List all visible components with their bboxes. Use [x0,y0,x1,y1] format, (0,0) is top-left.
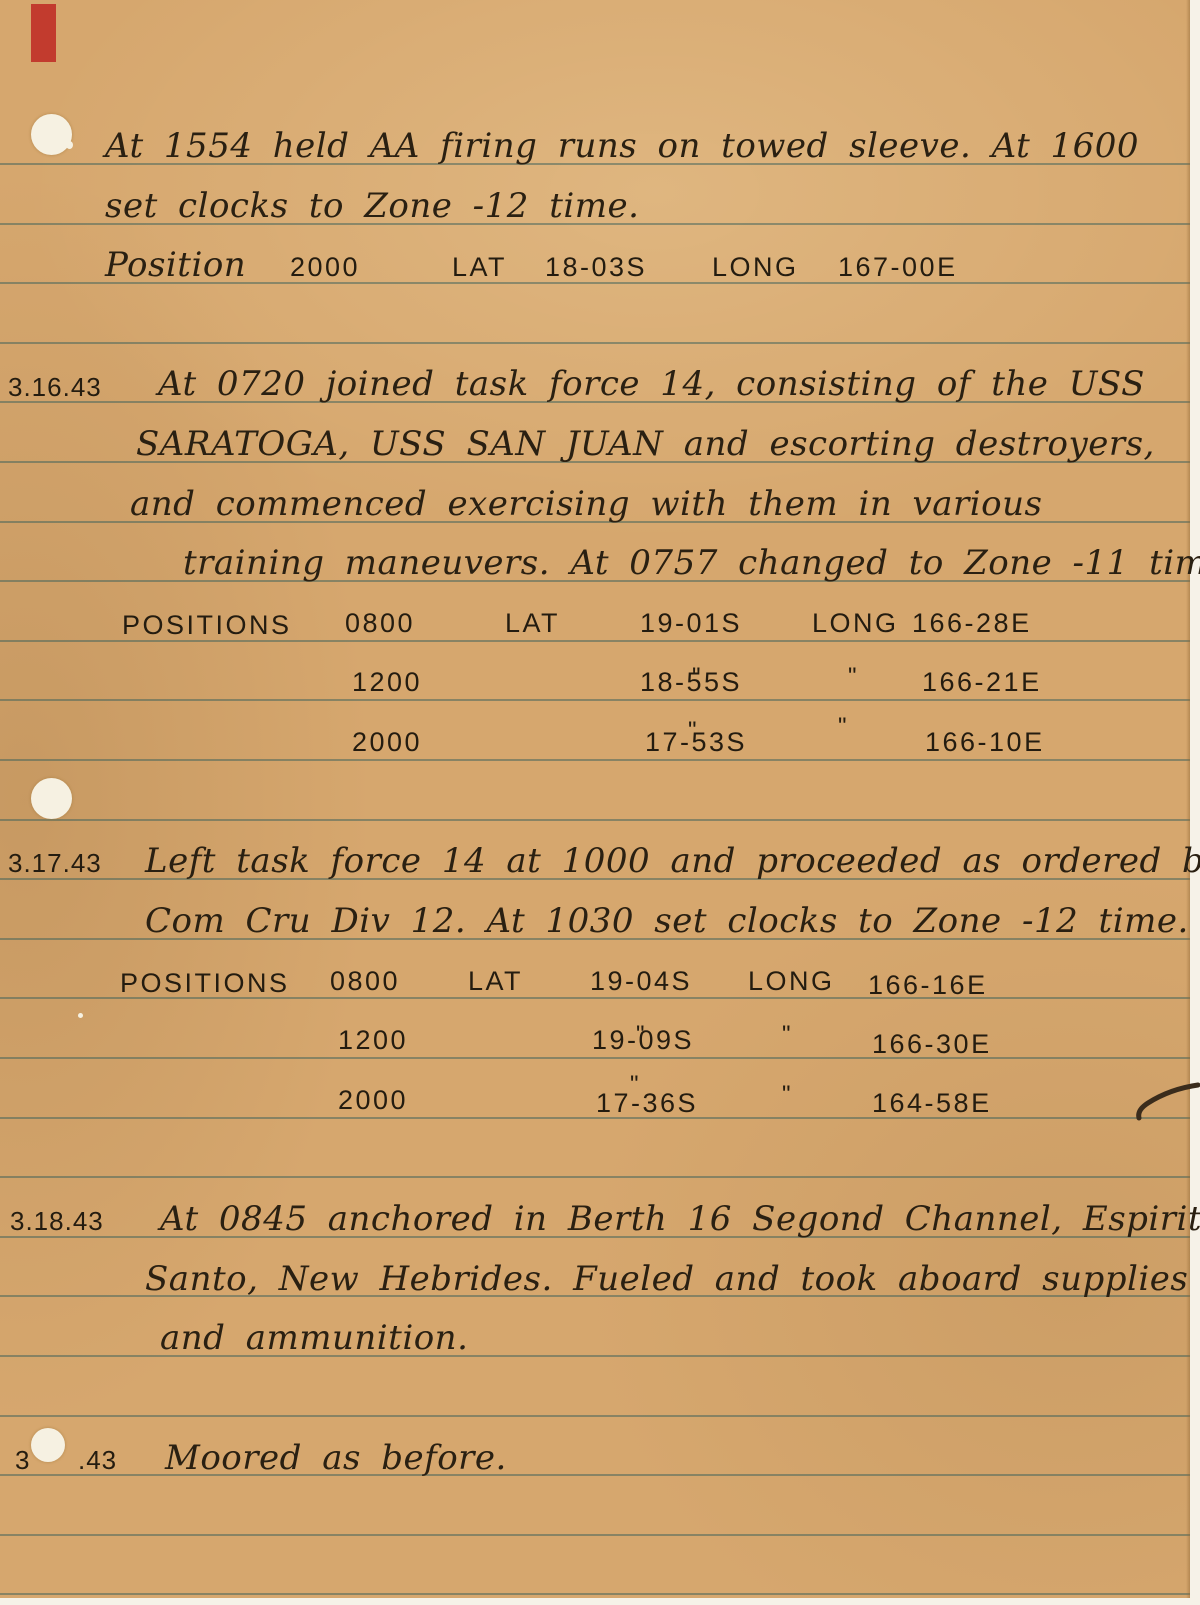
log-line: Moored as before. [165,1438,507,1478]
position-label: Position [105,245,246,285]
position-time: 0800 [330,964,400,998]
red-tab [31,4,56,62]
lat-label: LAT [468,964,523,998]
paper-speck [78,1013,83,1018]
log-line: Santo, New Hebrides. Fueled and took abo… [145,1259,1188,1299]
position-time: 1200 [352,665,422,699]
long-label: LONG [748,964,835,998]
log-line: Com Cru Div 12. At 1030 set clocks to Zo… [145,901,1189,941]
long-value: 166-28E [912,606,1032,640]
lat-value: 17-53S [645,725,747,759]
log-line: At 1554 held AA firing runs on towed sle… [105,126,1139,166]
log-line: and ammunition. [160,1318,468,1358]
lat-label: LAT [505,606,560,640]
pen-tick-mark [1128,1078,1200,1122]
entry-date-suffix: .43 [78,1443,117,1477]
hole-punch-bottom [31,1428,65,1462]
lat-value: 18-03S [545,250,647,284]
ruled-line [0,1593,1190,1595]
ruled-line [0,699,1190,701]
lat-value: 17-36S [596,1086,698,1120]
ruled-line [0,342,1190,344]
ruled-line [0,1117,1190,1119]
ditto-mark: " [838,710,847,744]
log-line: and commenced exercising with them in va… [130,484,1042,524]
position-time: 1200 [338,1023,408,1057]
long-value: 166-16E [868,968,988,1002]
lat-label: LAT [452,250,507,284]
hole-punch-middle [31,778,72,819]
ditto-mark: " [782,1078,791,1112]
position-time: 0800 [345,606,415,640]
lat-value: 19-01S [640,606,742,640]
ruled-line [0,1534,1190,1536]
log-line: set clocks to Zone -12 time. [105,186,639,226]
entry-date: 3.16.43 [8,370,102,404]
log-line: training maneuvers. At 0757 changed to Z… [183,543,1200,583]
position-time: 2000 [338,1083,408,1117]
long-value: 166-21E [922,665,1042,699]
ditto-mark: " [782,1018,791,1052]
ruled-line [0,819,1190,821]
log-line: At 0720 joined task force 14, consisting… [158,364,1145,404]
long-value: 166-10E [925,725,1045,759]
long-label: LONG [712,250,799,284]
ditto-mark: " [848,660,857,694]
paper-speck [66,141,73,149]
hole-punch-top [31,114,72,155]
ruled-line [0,1057,1190,1059]
entry-date: 3.18.43 [10,1204,104,1238]
long-label: LONG [812,606,899,640]
entry-date: 3.17.43 [8,846,102,880]
long-value: 167-00E [838,250,958,284]
ruled-line [0,759,1190,761]
positions-label: POSITIONS [122,608,292,642]
position-time: 2000 [290,250,360,284]
scanned-log-page: At 1554 held AA firing runs on towed sle… [0,0,1200,1605]
log-line: SARATOGA, USS SAN JUAN and escorting des… [136,424,1155,464]
paper-sheet [0,0,1190,1598]
paper-right-edge [1186,0,1190,1598]
position-time: 2000 [352,725,422,759]
ruled-line [0,1176,1190,1178]
lat-value: 19-04S [590,964,692,998]
entry-date-prefix: 3 [15,1443,30,1477]
positions-label: POSITIONS [120,966,290,1000]
ruled-line [0,1415,1190,1417]
lat-value: 18-55S [640,665,742,699]
long-value: 166-30E [872,1027,992,1061]
log-line: Left task force 14 at 1000 and proceeded… [145,841,1200,881]
lat-value: 19-09S [592,1023,694,1057]
log-line: At 0845 anchored in Berth 16 Segond Chan… [160,1199,1200,1239]
long-value: 164-58E [872,1086,992,1120]
